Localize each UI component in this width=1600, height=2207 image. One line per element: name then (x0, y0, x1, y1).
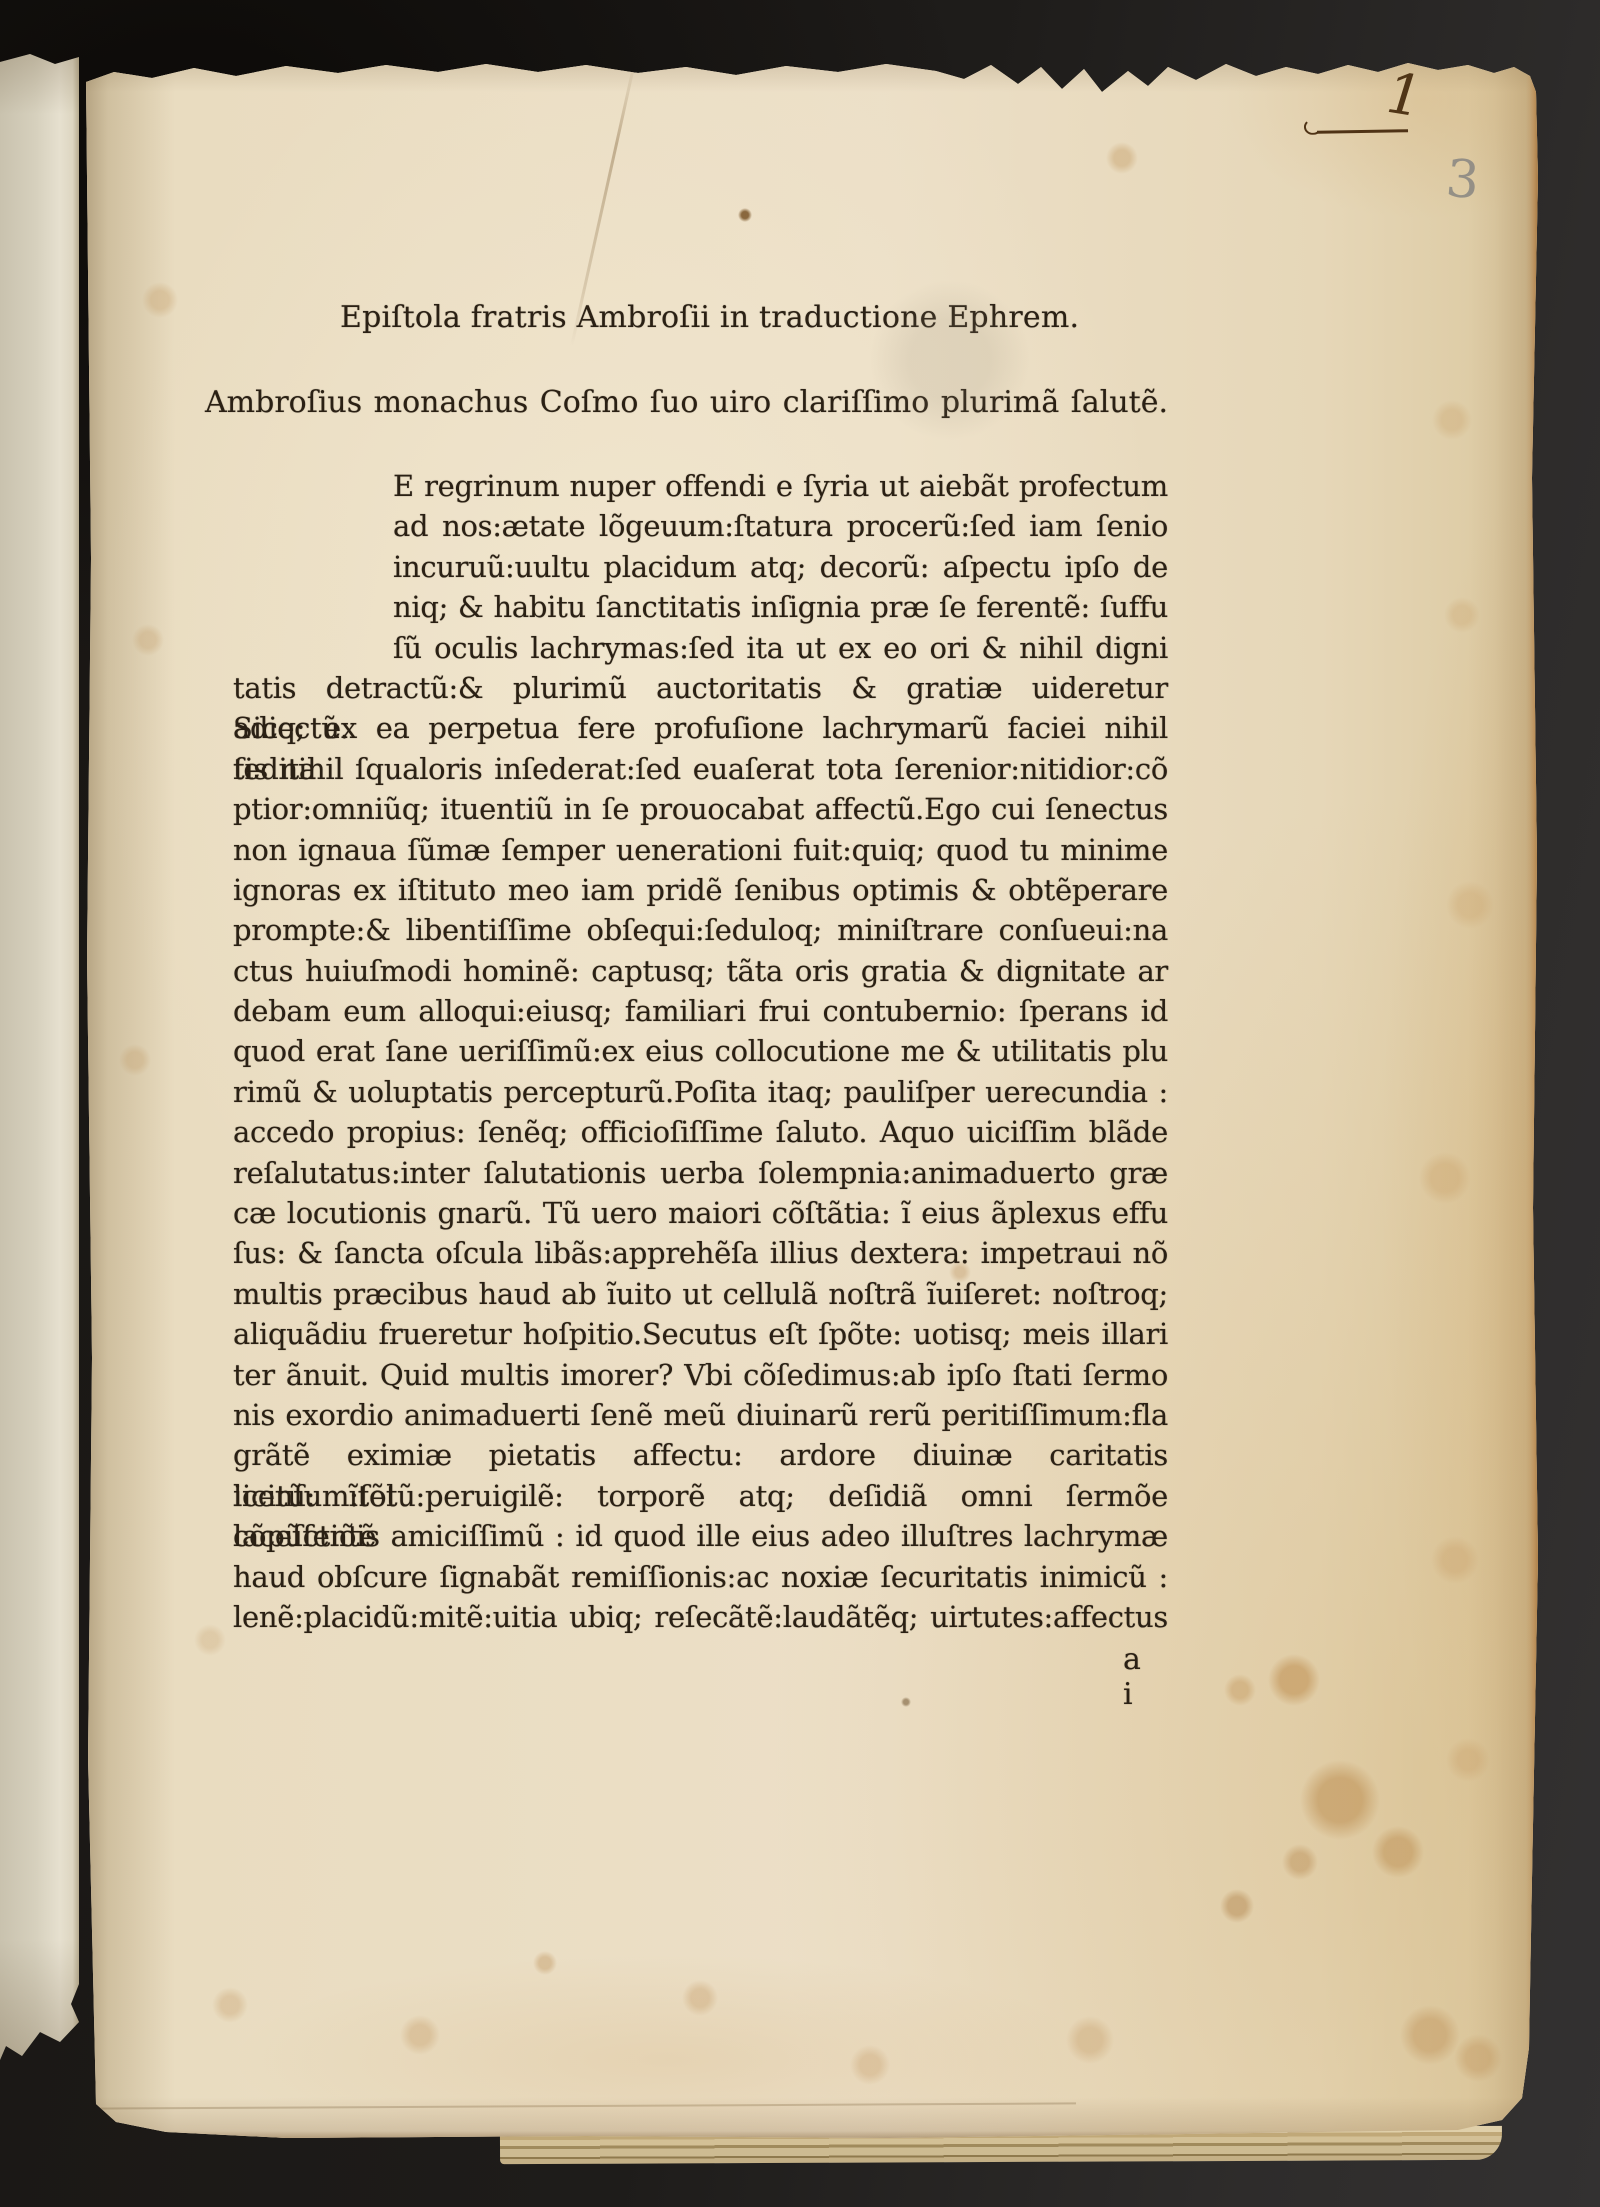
printed-text-line: ſũ oculis lachrymas:ſed ita ut ex eo ori… (393, 628, 1168, 668)
printed-text-line: ignoras ex iſtituto meo iam pridẽ ſenibu… (233, 870, 1168, 910)
printed-text-line: reſalutatus:inter ſalutationis uerba ſol… (233, 1153, 1168, 1193)
body-text: E regrinum nuper offendi e ſyria ut aieb… (233, 466, 1168, 1637)
printed-text-line: grãtẽ eximiæ pietatis affectu: ardore di… (233, 1435, 1168, 1475)
printed-text-line: E regrinum nuper offendi e ſyria ut aieb… (393, 466, 1168, 506)
salutation-line: Ambroſius monachus Coſmo ſuo uiro clariſ… (205, 385, 1168, 420)
printed-text-line: debam eum alloqui:eiusq; familiari frui … (233, 991, 1168, 1031)
page-right-torn-edge (1526, 58, 1538, 2143)
printed-text-line: prompte:& libentiſſime obſequi:ſeduloq; … (233, 910, 1168, 950)
printed-text-line: rimũ & uoluptatis percepturũ.Poſita itaq… (233, 1072, 1168, 1112)
printed-text-line: cõpũctiõis amiciſſimũ : id quod ille eiu… (233, 1516, 1168, 1556)
printed-text-line: nis exordio animaduerti ſenẽ meũ diuinar… (233, 1395, 1168, 1435)
printed-text-line: non ignaua ſũmæ ſemper uenerationi fuit:… (233, 830, 1168, 870)
quire-signature-mark: a i (1123, 1642, 1168, 1712)
handwritten-folio-number-pencil: 3 (1444, 153, 1482, 208)
printed-text-line: ptior:omniũq; ituentiũ in ſe prouocabat … (233, 789, 1168, 829)
ink-underline-flourish (1317, 125, 1408, 134)
ink-flourish-hook (1304, 119, 1322, 135)
printed-text-line: niq; & habitu ſanctitatis inſignia præ ſ… (393, 587, 1168, 627)
printed-text-line: multis præcibus haud ab ĩuito ut cellulã… (233, 1274, 1168, 1314)
printed-text-line: accedo propius: ſenẽq; officioſiſſime ſa… (233, 1112, 1168, 1152)
book-page: 1 3 Epiſtola fratris Ambroſii in traduct… (86, 58, 1538, 2143)
paper-fold-line (96, 2102, 1076, 2109)
handwritten-folio-number-ink: 1 (1378, 66, 1430, 126)
flyleaf-edge (0, 54, 79, 2060)
printed-text-line: lenẽ:placidũ:mitẽ:uitia ubiq; reſecãtẽ:l… (233, 1597, 1168, 1637)
printed-text-line: tis nihil ſqualoris inſederat:ſed euaſer… (233, 749, 1168, 789)
photo-background: 1 3 Epiſtola fratris Ambroſii in traduct… (0, 0, 1600, 2207)
printed-text-line: ter ãnuit. Quid multis imorer? Vbi cõſed… (233, 1355, 1168, 1395)
printed-text-line: cæ locutionis gnarũ. Tũ uero maiori cõſt… (233, 1193, 1168, 1233)
printed-text-line: incuruũ:uultu placidum atq; decorũ: aſpe… (393, 547, 1168, 587)
printed-text-line: aliquãdiu frueretur hoſpitio.Secutus eſt… (233, 1314, 1168, 1354)
printed-text-line: ſus: & ſancta oſcula libãs:apprehẽſa ill… (233, 1233, 1168, 1273)
printed-text-line: ctus huiuſmodi hominẽ: captusq; tãta ori… (233, 951, 1168, 991)
letter-heading: Epiſtola fratris Ambroſii in traductione… (340, 300, 1079, 335)
printed-text-line: Sicq; ex ea perpetua fere profuſione lac… (233, 708, 1168, 748)
printed-text-line: ad nos:ætate lõgeuum:ſtatura procerũ:ſed… (393, 506, 1168, 546)
printed-text-line: quod erat ſane ueriſſimũ:ex eius collocu… (233, 1031, 1168, 1071)
printed-text-line: licitũ: ĩtẽtũ:peruigilẽ: torporẽ atq; de… (233, 1476, 1168, 1516)
printed-text-line: haud obſcure ſignabãt remiſſionis:ac nox… (233, 1557, 1168, 1597)
printed-text-line: tatis detractũ:& plurimũ auctoritatis & … (233, 668, 1168, 708)
